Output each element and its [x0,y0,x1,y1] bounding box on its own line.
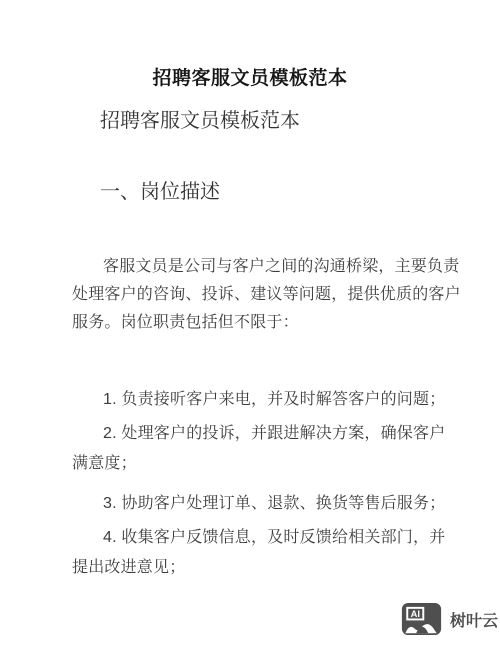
intro-line: 服务。岗位职责包括但不限于： [72,309,299,332]
duty-item-4-continuation: 提出改进意见； [72,554,185,577]
section-heading-position-description: 一、岗位描述 [100,175,220,204]
brand-name: 树叶云 [450,608,498,631]
duty-item-2-continuation: 满意度； [72,450,137,473]
page-title: 招聘客服文员模板范本 [0,63,500,90]
document-page: 招聘客服文员模板范本 招聘客服文员模板范本 一、岗位描述 客服文员是公司与客户之… [0,0,500,647]
duty-item-4: 4. 收集客户反馈信息，及时反馈给相关部门，并 [103,524,445,547]
ai-image-icon: AI [401,601,442,637]
ai-badge-label: AI [411,609,420,619]
intro-line: 客服文员是公司与客户之间的沟通桥梁，主要负责 [103,253,459,276]
duty-item-1: 1. 负责接听客户来电，并及时解答客户的问题； [103,386,445,409]
watermark: AI 树叶云 [401,601,498,637]
duty-item-2: 2. 处理客户的投诉，并跟进解决方案，确保客户 [103,420,445,443]
duty-item-3: 3. 协助客户处理订单、退款、换货等售后服务； [103,490,445,513]
document-subtitle: 招聘客服文员模板范本 [100,104,300,133]
intro-line: 处理客户的咨询、投诉、建议等问题，提供优质的客户 [72,281,461,304]
